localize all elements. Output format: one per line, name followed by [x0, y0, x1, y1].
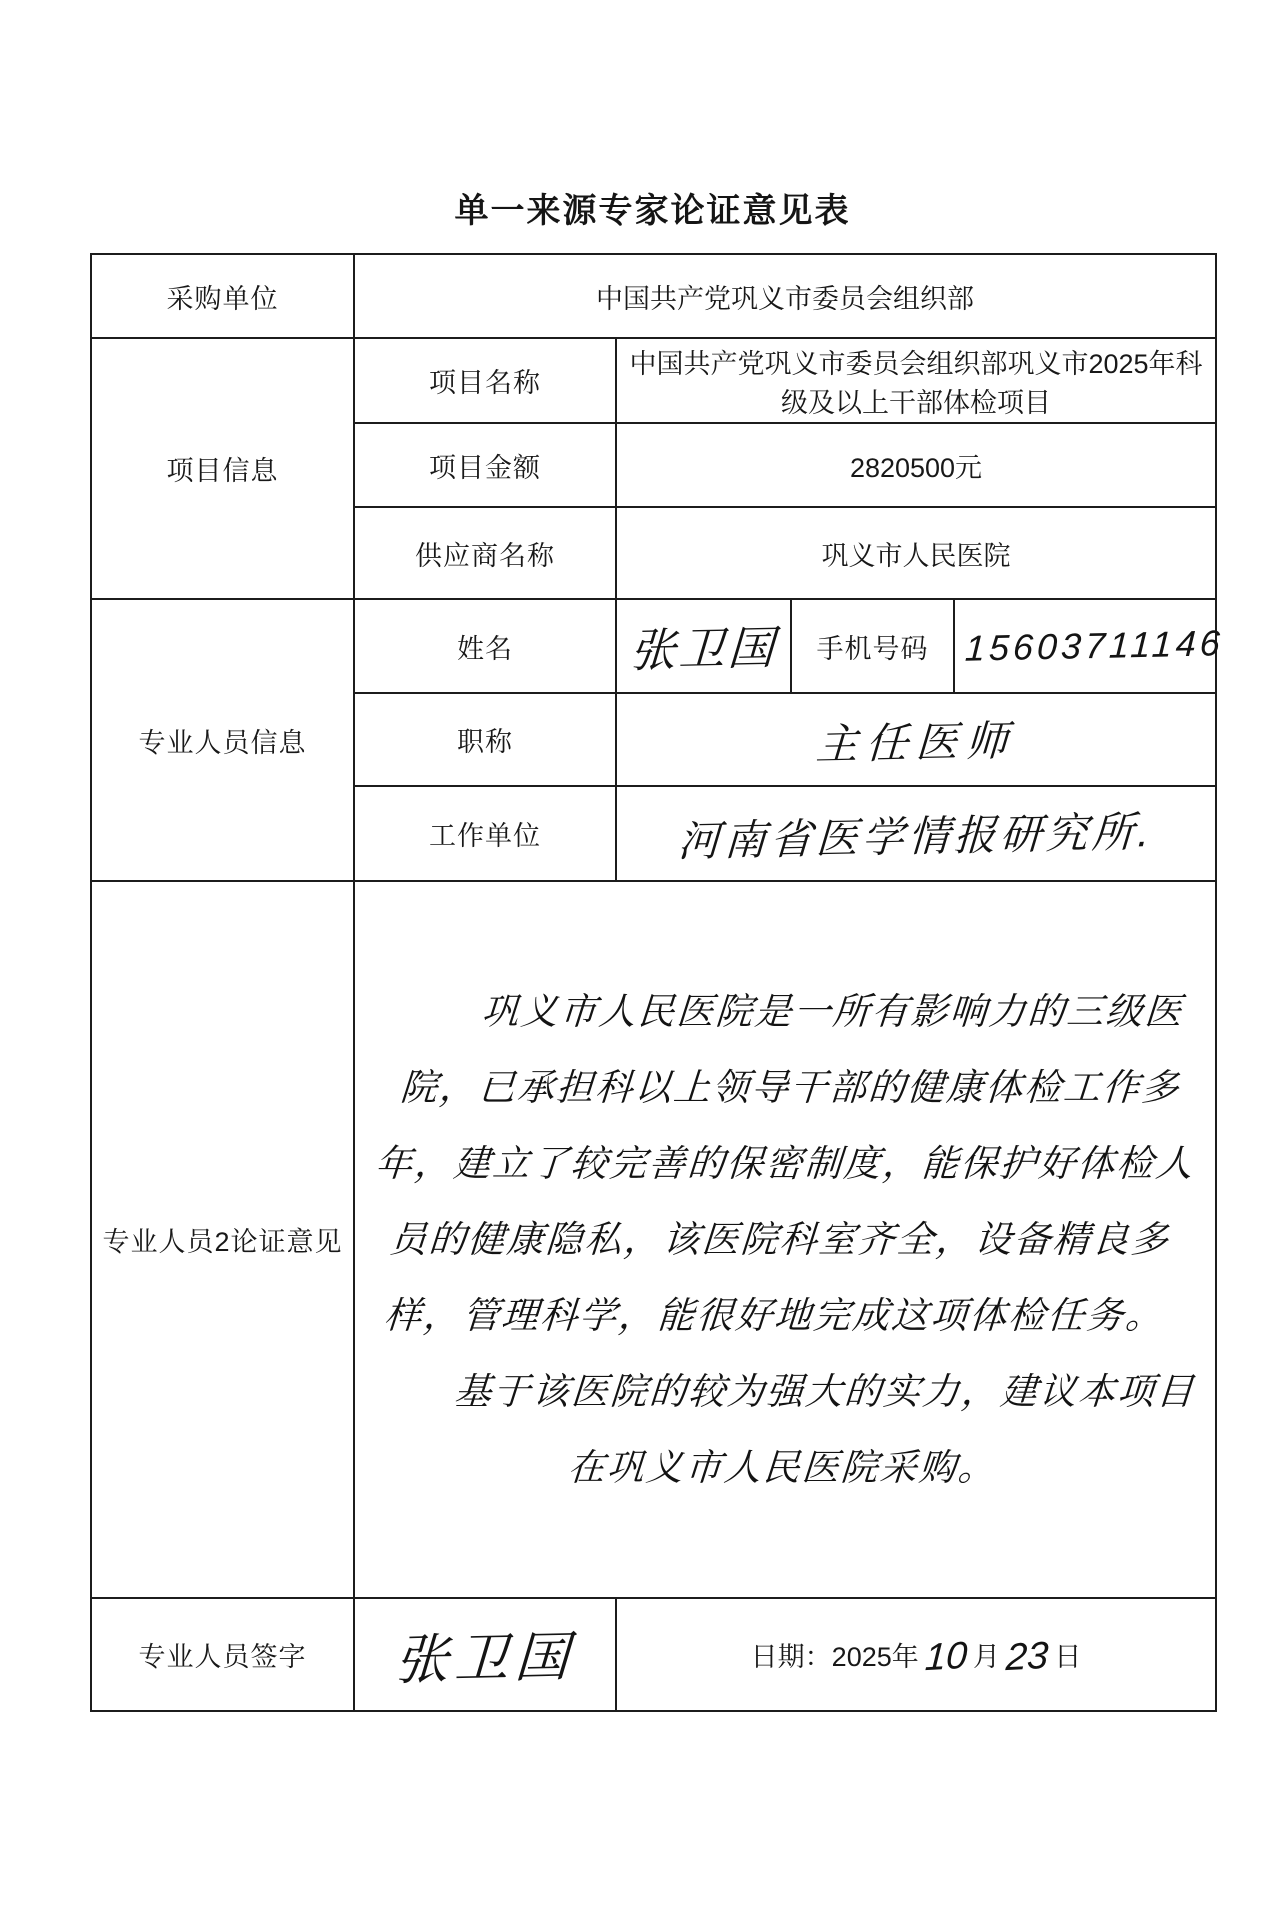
professional-title-value: 主任医师 [616, 693, 1216, 786]
signature-label: 专业人员签字 [91, 1598, 354, 1711]
handwritten-name: 张卫国 [628, 611, 778, 680]
professional-workplace-label: 工作单位 [354, 786, 616, 881]
date-prefix: 日期：2025年 [751, 1642, 919, 1672]
phone-value: 15603711146 [954, 599, 1216, 693]
project-amount-label: 项目金额 [354, 423, 616, 507]
signature-value: 张卫国 [354, 1598, 616, 1711]
handwritten-workplace: 河南省医学情报研究所. [677, 798, 1156, 868]
professional-workplace-value: 河南省医学情报研究所. [616, 786, 1216, 881]
month-unit: 月 [973, 1642, 1000, 1672]
row-professional-name: 专业人员信息 姓名 张卫国 手机号码 15603711146 [91, 599, 1216, 693]
handwritten-month: 10 [918, 1634, 974, 1680]
handwritten-opinion-paragraph-1: 巩义市人民医院是一所有影响力的三级医院，已承担科以上领导干部的健康体检工作多年，… [352, 974, 1219, 1354]
project-section-label: 项目信息 [91, 338, 354, 599]
purchaser-label: 采购单位 [91, 254, 354, 338]
project-amount-value: 2820500元 [616, 423, 1216, 507]
opinion-label: 专业人员2论证意见 [91, 881, 354, 1598]
row-purchaser: 采购单位 中国共产党巩义市委员会组织部 [91, 254, 1216, 338]
project-supplier-value: 巩义市人民医院 [616, 507, 1216, 599]
professional-section-label: 专业人员信息 [91, 599, 354, 881]
handwritten-title: 主任医师 [815, 707, 1018, 771]
project-name-label: 项目名称 [354, 338, 616, 423]
handwritten-signature: 张卫国 [393, 1614, 577, 1695]
project-supplier-label: 供应商名称 [354, 507, 616, 599]
phone-label: 手机号码 [791, 599, 954, 693]
day-unit: 日 [1054, 1642, 1081, 1672]
page-title: 单一来源专家论证意见表 [90, 183, 1215, 232]
row-signature: 专业人员签字 张卫国 日期：2025年10月23日 [91, 1598, 1216, 1711]
project-name-value: 中国共产党巩义市委员会组织部巩义市2025年科级及以上干部体检项目 [616, 338, 1216, 423]
date-cell: 日期：2025年10月23日 [616, 1598, 1216, 1711]
purchaser-value: 中国共产党巩义市委员会组织部 [354, 254, 1216, 338]
handwritten-phone: 15603711146 [964, 622, 1225, 669]
opinion-form-table: 采购单位 中国共产党巩义市委员会组织部 项目信息 项目名称 中国共产党巩义市委员… [90, 253, 1217, 1712]
professional-name-value: 张卫国 [616, 599, 791, 693]
opinion-content: 巩义市人民医院是一所有影响力的三级医院，已承担科以上领导干部的健康体检工作多年，… [354, 881, 1216, 1598]
professional-name-label: 姓名 [354, 599, 616, 693]
row-opinion: 专业人员2论证意见 巩义市人民医院是一所有影响力的三级医院，已承担科以上领导干部… [91, 881, 1216, 1598]
row-project-name: 项目信息 项目名称 中国共产党巩义市委员会组织部巩义市2025年科级及以上干部体… [91, 338, 1216, 423]
professional-title-label: 职称 [354, 693, 616, 786]
handwritten-opinion-paragraph-2: 基于该医院的较为强大的实力，建议本项目在巩义市人民医院采购。 [360, 1354, 1211, 1506]
handwritten-day: 23 [999, 1634, 1055, 1680]
